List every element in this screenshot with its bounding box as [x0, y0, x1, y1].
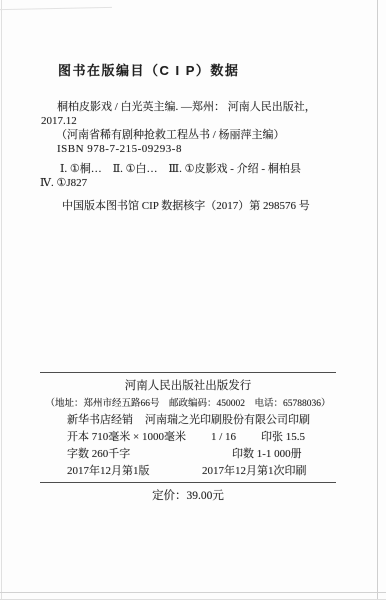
book-copyright-page: 图书在版编目（C I P）数据 桐柏皮影戏 / 白光英主编. —郑州： 河南人民… — [0, 0, 386, 600]
scan-edge-bottom — [0, 592, 386, 593]
book-format: 开本 710毫米 × 1000毫米 — [67, 430, 186, 444]
publisher-address: （地址：郑州市经五路66号 邮政编码：450002 电话：65788036） — [40, 397, 336, 411]
isbn-number: ISBN 978-7-215-09293-8 — [57, 142, 182, 156]
cip-registration-number: 中国版本图书馆 CIP 数据核字（2017）第 298576 号 — [62, 199, 310, 213]
edition-date: 2017年12月第1版 — [67, 464, 150, 478]
colophon-top-rule — [40, 372, 336, 373]
distributor: 新华书店经销 — [67, 413, 133, 427]
cip-series-note: （河南省稀有剧种抢救工程丛书 / 杨丽萍主编） — [56, 128, 285, 142]
price: 定价：39.00元 — [40, 489, 336, 503]
cip-classification-line-1: Ⅰ. ①桐… Ⅱ. ①白… Ⅲ. ①皮影戏 - 介绍 - 桐柏县 — [60, 162, 301, 176]
cip-record-line-1: 桐柏皮影戏 / 白光英主编. —郑州： 河南人民出版社， — [57, 100, 316, 114]
cip-heading: 图书在版编目（C I P）数据 — [58, 64, 239, 78]
cip-classification-line-2: Ⅳ. ①J827 — [40, 176, 87, 190]
publisher-line: 河南人民出版社出版发行 — [40, 379, 336, 393]
print-run: 印数 1-1 000册 — [232, 447, 302, 461]
word-count: 字数 260千字 — [67, 447, 130, 461]
scan-edge-right — [377, 0, 378, 600]
colophon-bottom-rule — [40, 482, 336, 483]
scan-edge-left — [1, 0, 2, 600]
printed-sheets: 印张 15.5 — [261, 430, 305, 444]
impression-date: 2017年12月第1次印刷 — [202, 464, 307, 478]
printer: 河南瑞之光印刷股份有限公司印刷 — [145, 413, 310, 427]
format-fraction: 1 / 16 — [211, 430, 236, 444]
cip-record-line-2: 2017.12 — [41, 114, 77, 128]
scan-edge-top — [0, 7, 112, 10]
